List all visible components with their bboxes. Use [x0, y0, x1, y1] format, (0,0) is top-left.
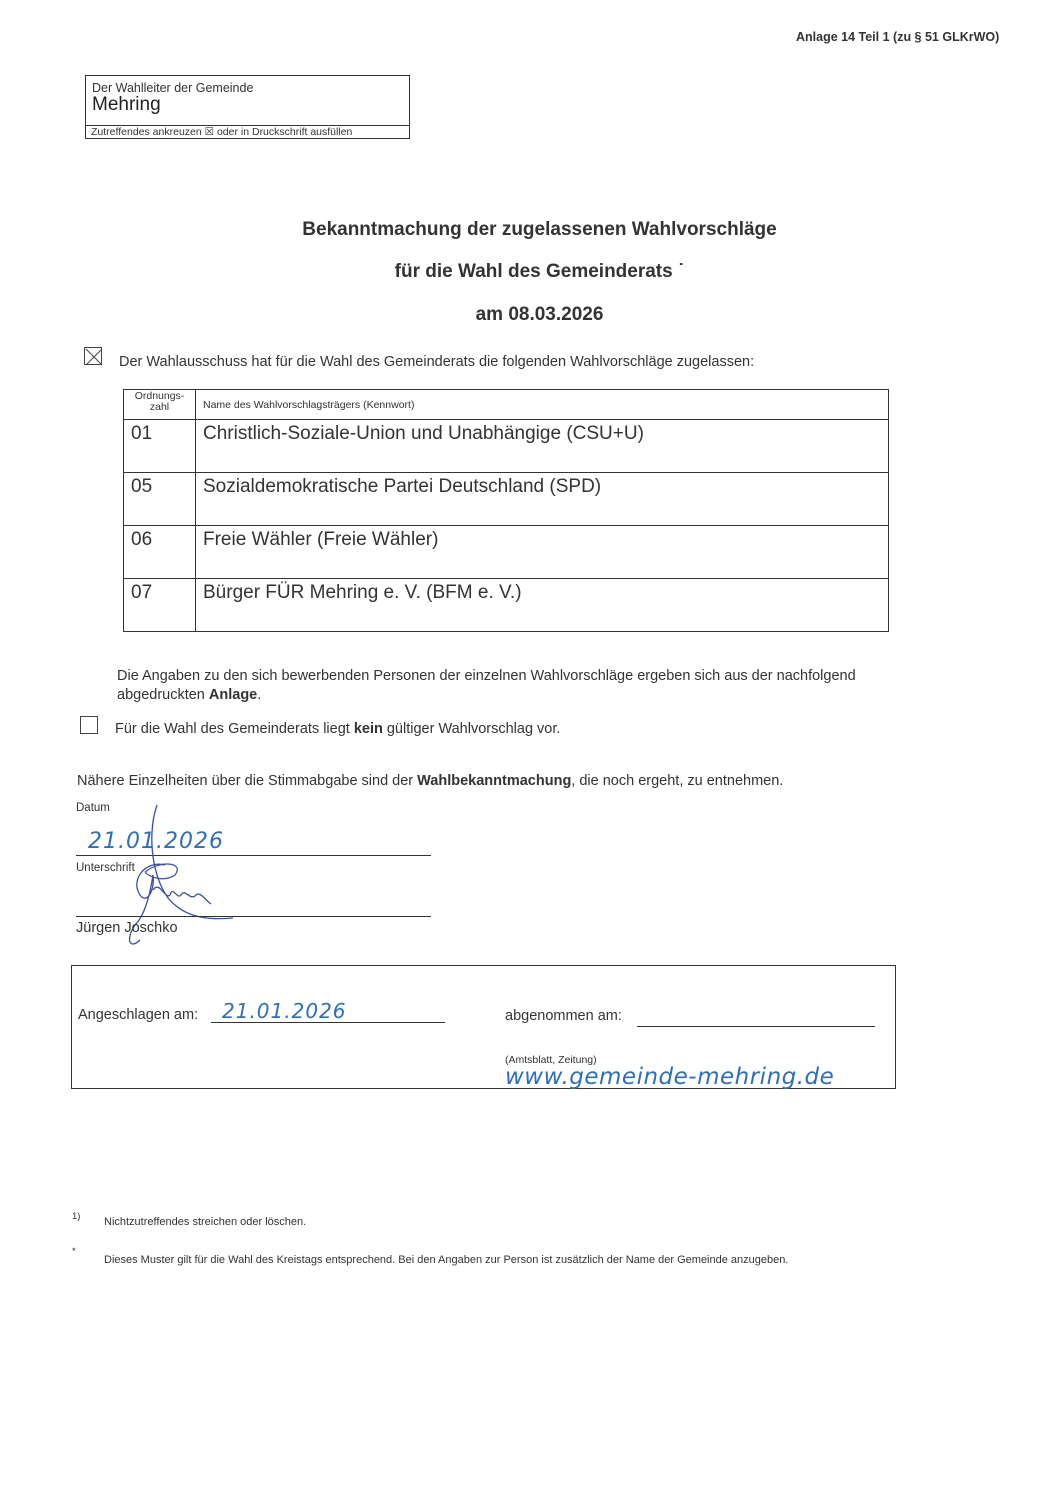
form-reference: Anlage 14 Teil 1 (zu § 51 GLKrWO) — [796, 30, 999, 44]
document-subtitle: für die Wahl des Gemeinderats ˙ — [0, 261, 1059, 283]
abgenommen-label: abgenommen am: — [505, 1008, 622, 1024]
datum-label: Datum — [76, 802, 110, 814]
row-name: Sozialdemokratische Partei Deutschland (… — [196, 473, 889, 526]
table-row: 05 Sozialdemokratische Partei Deutschlan… — [124, 473, 889, 526]
angeschlagen-field[interactable]: 21.01.2026 — [222, 999, 347, 1023]
footnote-mark: * — [72, 1246, 76, 1257]
table-row: 01 Christlich-Soziale-Union und Unabhäng… — [124, 420, 889, 473]
angeschlagen-label: Angeschlagen am: — [78, 1007, 198, 1023]
document-title: Bekanntmachung der zugelassenen Wahlvors… — [0, 219, 1059, 241]
footnote-text: Nichtzutreffendes streichen oder löschen… — [104, 1216, 306, 1228]
no-valid-proposal-checkbox[interactable] — [80, 716, 98, 734]
row-name: Bürger FÜR Mehring e. V. (BFM e. V.) — [196, 579, 889, 632]
row-name: Freie Wähler (Freie Wähler) — [196, 526, 889, 579]
table-row: 06 Freie Wähler (Freie Wähler) — [124, 526, 889, 579]
column-header-ordnungszahl: Ordnungs- zahl — [124, 390, 196, 420]
angeschlagen-line — [211, 1022, 445, 1023]
footnote-text: Dieses Muster gilt für die Wahl des Krei… — [104, 1254, 788, 1266]
row-ordnungszahl: 07 — [124, 579, 196, 632]
amtsblatt-field[interactable]: www.gemeinde-mehring.de — [505, 1064, 834, 1090]
row-ordnungszahl: 06 — [124, 526, 196, 579]
fill-hint: Zutreffendes ankreuzen ☒ oder in Drucksc… — [86, 125, 409, 139]
wahlleiter-label: Der Wahlleiter der Gemeinde — [92, 81, 253, 95]
signature-line — [76, 916, 431, 917]
wahlleiter-box: Der Wahlleiter der Gemeinde Mehring Zutr… — [85, 75, 410, 139]
footnote-mark: 1) — [72, 1211, 80, 1222]
no-valid-proposal-text: Für die Wahl des Gemeinderats liegt kein… — [115, 721, 560, 737]
signer-name: Jürgen Joschko — [76, 920, 178, 936]
abgenommen-field[interactable] — [637, 1026, 875, 1027]
checkmark-x-icon — [85, 348, 103, 366]
election-date: am 08.03.2026 — [0, 304, 1059, 326]
row-ordnungszahl: 05 — [124, 473, 196, 526]
proposals-table: Ordnungs- zahl Name des Wahlvorschlagstr… — [123, 389, 889, 632]
gemeinde-name: Mehring — [92, 94, 161, 116]
column-header-name: Name des Wahlvorschlagsträgers (Kennwort… — [196, 390, 889, 420]
row-ordnungszahl: 01 — [124, 420, 196, 473]
table-row: 07 Bürger FÜR Mehring e. V. (BFM e. V.) — [124, 579, 889, 632]
details-paragraph: Nähere Einzelheiten über die Stimmabgabe… — [77, 773, 783, 789]
row-name: Christlich-Soziale-Union und Unabhängige… — [196, 420, 889, 473]
anlage-paragraph: Die Angaben zu den sich bewerbenden Pers… — [117, 667, 947, 705]
table-header-row: Ordnungs- zahl Name des Wahlvorschlagstr… — [124, 390, 889, 420]
accepted-proposals-checkbox[interactable] — [84, 347, 102, 365]
accepted-proposals-text: Der Wahlausschuss hat für die Wahl des G… — [119, 354, 754, 370]
